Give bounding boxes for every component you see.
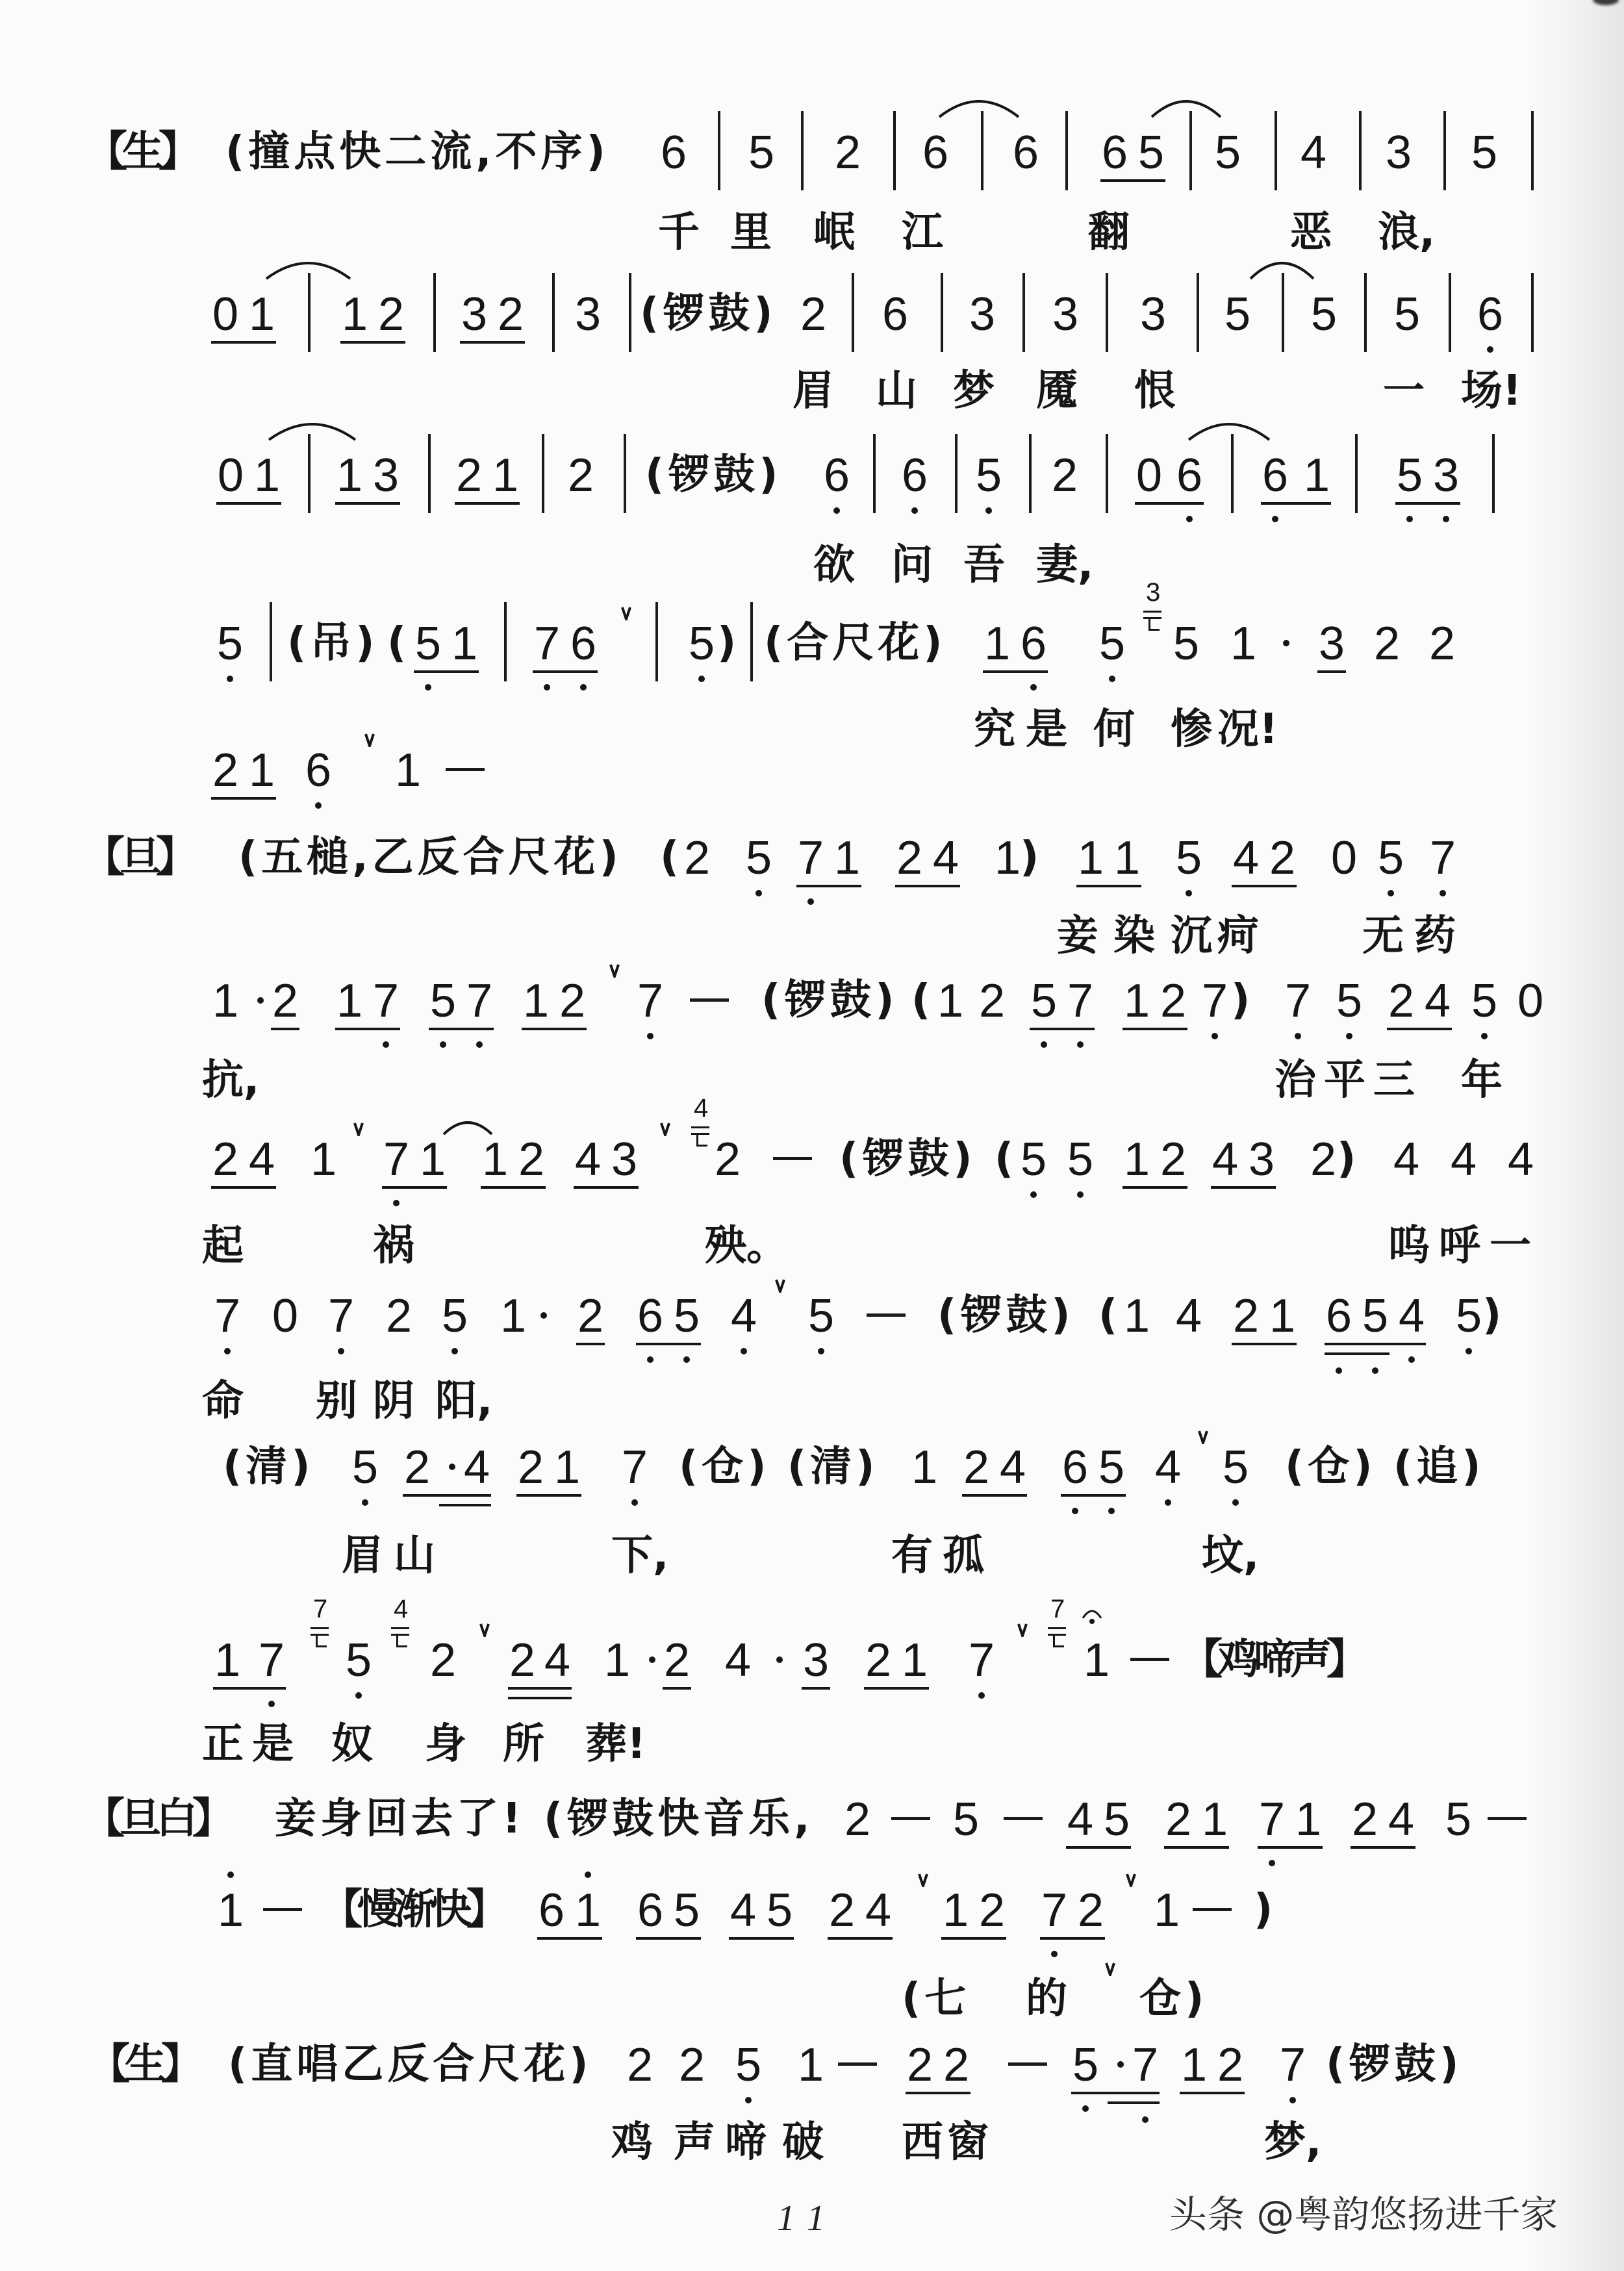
note-digit: 6	[1021, 620, 1047, 667]
note-digit: 1	[249, 747, 275, 794]
note-digit: 2	[1078, 1887, 1104, 1934]
note-digit: 3	[1249, 1136, 1275, 1183]
note-digit: 5	[1067, 1136, 1093, 1183]
lyric-text: 阳,	[435, 1377, 492, 1425]
grace-line-upper	[311, 1627, 329, 1629]
low-octave-dot	[1372, 1367, 1378, 1374]
low-octave-dot	[818, 1348, 824, 1354]
note-digit: 2	[1233, 1293, 1259, 1339]
underline	[271, 1028, 299, 1030]
barline	[629, 273, 631, 352]
lyric-text: 有	[891, 1532, 933, 1580]
sustain-dash	[1004, 1817, 1043, 1820]
note-digit: 1	[395, 747, 421, 794]
note-digit: 6	[1262, 452, 1288, 499]
role-marker: 【鸡啼声】	[1181, 1636, 1363, 1684]
lyric-text: 别	[316, 1377, 357, 1425]
lyric-text: 里	[730, 209, 772, 257]
note-digit: 5	[735, 2042, 761, 2088]
note-digit: 5	[1336, 978, 1362, 1024]
lyric-text: 山	[876, 367, 917, 415]
barline	[1449, 273, 1451, 352]
low-octave-dot	[1440, 890, 1446, 896]
barline	[1065, 111, 1068, 190]
note-digit: 2	[829, 1887, 855, 1934]
note-digit: 2	[943, 2042, 969, 2088]
note-digit: 1	[911, 1444, 937, 1491]
lyric-text: 命	[202, 1377, 244, 1425]
lyric-text: 岷	[813, 209, 855, 257]
sustain-dash	[773, 1157, 812, 1160]
lyric-text: 破	[782, 2118, 824, 2166]
barline	[801, 111, 804, 190]
annotation-text: (仓)	[679, 1443, 770, 1491]
slur-arc	[937, 100, 1021, 121]
note-digit: 2	[568, 452, 594, 499]
note-digit: 0	[1517, 978, 1543, 1024]
note-digit: 7	[1285, 978, 1311, 1024]
barline	[552, 273, 555, 352]
underline	[983, 670, 1048, 673]
note-digit: 5	[746, 835, 772, 882]
note-digit: 6	[570, 620, 596, 667]
lyric-text: 浪,	[1378, 209, 1435, 257]
watermark: 头条 @粤韵悠扬进千家	[1169, 2193, 1558, 2236]
underline	[1076, 885, 1141, 887]
breath-mark-icon	[364, 733, 375, 750]
low-octave-dot	[1289, 2097, 1296, 2103]
grace-note: 3	[1142, 579, 1164, 631]
note-digit: 2	[1217, 2042, 1243, 2088]
note-digit: 5	[1224, 291, 1250, 338]
note-digit: 1	[943, 1887, 969, 1934]
annotation-text: )	[1254, 1886, 1276, 1934]
note-digit: 1	[1230, 620, 1256, 667]
note-digit: 0	[1331, 835, 1357, 882]
role-marker: 【生】	[86, 128, 195, 176]
lyric-text: 西	[902, 2118, 943, 2166]
annotation-text: )	[717, 619, 740, 667]
note-digit: 1	[214, 1637, 240, 1684]
note-digit: 5	[1471, 978, 1497, 1024]
barline	[1492, 434, 1495, 513]
low-octave-dot	[393, 1200, 400, 1206]
lyric-text: 所	[503, 1720, 544, 1768]
grace-hook	[316, 1635, 327, 1647]
underline	[796, 885, 861, 887]
note-digit: 3	[575, 291, 601, 338]
note-digit: 5	[1397, 452, 1423, 499]
note-digit: 2	[979, 978, 1005, 1024]
note-digit: 2	[1310, 1136, 1336, 1183]
low-octave-dot	[741, 1348, 747, 1354]
lyric-text: 况!	[1217, 705, 1278, 754]
note-digit: 1	[336, 978, 362, 1024]
annotation-text: (七	[902, 1975, 970, 2023]
sustain-dash	[1130, 1658, 1169, 1661]
low-octave-dot	[683, 1356, 690, 1363]
note-digit: 5	[1471, 129, 1497, 176]
note-digit: 1	[254, 452, 280, 499]
note-digit: 2	[386, 1293, 412, 1339]
note-digit: 5	[1173, 620, 1199, 667]
note-digit: 2	[627, 2042, 653, 2088]
note-digit: 5	[1456, 1293, 1482, 1339]
low-octave-dot	[1388, 890, 1394, 896]
note-digit: 5	[430, 978, 456, 1024]
lyric-text: 阴	[373, 1377, 414, 1425]
note-digit: 0	[218, 452, 244, 499]
note-digit: 1	[1124, 1293, 1150, 1339]
note-digit: 2	[844, 1796, 870, 1843]
augmentation-dot	[649, 1656, 655, 1663]
note-digit: 2	[498, 291, 524, 338]
note-digit: 2	[577, 1293, 603, 1339]
underline	[1211, 1186, 1276, 1189]
note-digit: 6	[1477, 291, 1503, 338]
note-digit: 1	[1295, 1796, 1321, 1843]
low-octave-dot	[985, 507, 992, 514]
note-digit: 6	[882, 291, 908, 338]
note-digit: 2	[456, 452, 482, 499]
note-digit: 1	[336, 452, 362, 499]
low-octave-dot	[1030, 1191, 1037, 1198]
grace-digit: 4	[694, 1095, 708, 1121]
underline	[382, 1186, 447, 1189]
barline	[1029, 434, 1032, 513]
underline	[1317, 670, 1346, 673]
note-digit: 7	[373, 978, 399, 1024]
underline	[414, 670, 479, 673]
note-digit: 2	[896, 835, 922, 882]
underline	[1030, 1028, 1095, 1030]
note-digit: 5	[1394, 291, 1420, 338]
grace-note: 4	[690, 1095, 712, 1147]
lyric-text: 下,	[611, 1532, 668, 1580]
note-digit: 3	[803, 1637, 829, 1684]
lyric-text: 场!	[1461, 367, 1521, 415]
note-digit: 6	[637, 1293, 663, 1339]
augmentation-dot	[776, 1656, 783, 1663]
underline	[216, 502, 281, 505]
note-digit: 5	[674, 1887, 700, 1934]
low-octave-dot	[1212, 1033, 1218, 1039]
note-digit: 7	[328, 1293, 354, 1339]
note-digit: 1	[1124, 1136, 1150, 1183]
note-digit: 5	[976, 452, 1002, 499]
note-digit: 2	[800, 291, 826, 338]
underline	[895, 885, 960, 887]
barline	[1364, 273, 1367, 352]
note-digit: 4	[464, 1444, 490, 1491]
note-digit: 2	[835, 129, 861, 176]
low-octave-dot	[1295, 1033, 1301, 1039]
note-digit: 5	[1138, 129, 1164, 176]
note-digit: 5	[1031, 978, 1057, 1024]
low-octave-dot	[911, 507, 918, 514]
note-digit: 2	[1374, 620, 1400, 667]
second-underline	[1325, 1352, 1389, 1355]
grace-line-upper	[691, 1126, 709, 1128]
barline	[1275, 111, 1277, 190]
grace-digit: 7	[1050, 1596, 1065, 1622]
note-digit: 5	[1099, 620, 1125, 667]
barline	[428, 434, 431, 513]
underline	[574, 1186, 639, 1189]
note-digit: 3	[1052, 291, 1078, 338]
note-digit: 1	[311, 1136, 336, 1183]
note-digit: 3	[373, 452, 399, 499]
note-digit: 1	[523, 978, 549, 1024]
low-octave-dot	[833, 507, 840, 514]
barline	[852, 273, 854, 352]
note-digit: 5	[1362, 1293, 1388, 1339]
underline	[1325, 1343, 1426, 1345]
note-digit: 1	[1114, 835, 1140, 882]
annotation-text: )	[1482, 1291, 1505, 1339]
low-octave-dot	[1051, 1951, 1058, 1957]
note-digit: 3	[611, 1136, 637, 1183]
note-digit: 1	[1269, 1293, 1295, 1339]
low-octave-dot	[1336, 1367, 1342, 1374]
note-digit: 4	[1176, 1293, 1202, 1339]
note-digit: 7	[622, 1444, 648, 1491]
annotation-text: (	[387, 619, 410, 667]
low-octave-dot	[355, 1692, 362, 1699]
note-digit: 1	[1181, 2042, 1207, 2088]
note-digit: 2	[1160, 978, 1186, 1024]
underline	[828, 1937, 893, 1940]
underline	[1066, 1846, 1131, 1849]
lyric-text: 一	[1383, 367, 1425, 415]
note-digit: 2	[979, 1887, 1005, 1934]
sustain-dash	[690, 998, 729, 1002]
lyric-text: 治	[1275, 1056, 1316, 1104]
low-octave-dot	[1082, 2105, 1089, 2112]
low-octave-dot	[1465, 1348, 1472, 1354]
barline	[270, 602, 272, 681]
note-digit: 5	[1378, 835, 1404, 882]
sustain-dash	[1488, 1817, 1527, 1820]
sustain-dash	[867, 1313, 906, 1317]
note-digit: 1	[1084, 1637, 1110, 1684]
note-digit: 1	[798, 2042, 824, 2088]
low-octave-dot	[1072, 1508, 1078, 1514]
underline	[1123, 1186, 1187, 1189]
annotation-text: (直唱乙反合尺花)	[228, 2040, 592, 2088]
note-digit: 7	[1202, 978, 1228, 1024]
underline	[508, 1687, 572, 1690]
lyric-text: 鸡	[611, 2118, 653, 2166]
breath-mark-icon	[1197, 1430, 1209, 1447]
low-octave-dot	[1108, 1508, 1115, 1514]
note-digit: 7	[214, 1293, 240, 1339]
breath-mark-icon	[479, 1623, 490, 1640]
note-digit: 1	[249, 291, 275, 338]
grace-digit: 7	[313, 1596, 327, 1622]
underline	[1351, 1846, 1415, 1849]
note-digit: 5	[1104, 1796, 1130, 1843]
underline	[1258, 1846, 1323, 1849]
annotation-text: (清)	[223, 1443, 314, 1491]
role-marker: 【旦白】	[83, 1795, 229, 1843]
barline	[1443, 111, 1446, 190]
note-digit: 5	[1311, 291, 1337, 338]
breath-mark-icon	[1125, 1873, 1137, 1890]
note-digit: 0	[272, 1293, 298, 1339]
note-digit: 6	[1102, 129, 1128, 176]
annotation-text: (五槌,乙反合尺花)	[238, 833, 622, 882]
underline	[1123, 1028, 1187, 1030]
underline	[403, 1494, 491, 1497]
second-underline	[1108, 2101, 1160, 2104]
barline	[1106, 434, 1108, 513]
low-octave-dot	[1443, 516, 1449, 522]
lyric-text: 无	[1362, 912, 1404, 960]
note-digit: 3	[461, 291, 487, 338]
lyric-text: 问	[891, 541, 933, 589]
underline	[537, 1937, 602, 1940]
role-marker: 【生】	[88, 2040, 197, 2088]
annotation-text: (清)	[787, 1443, 879, 1491]
note-digit: 1	[604, 1637, 630, 1684]
slur-arc	[1150, 100, 1223, 121]
annotation-text: (锣鼓)	[761, 976, 898, 1024]
note-digit: 5	[1445, 1796, 1471, 1843]
note-digit: 6	[539, 1887, 565, 1934]
low-octave-dot	[451, 1348, 458, 1354]
lyric-text: 恶	[1290, 209, 1332, 257]
breath-mark-icon	[609, 963, 620, 980]
underline	[460, 341, 525, 344]
augmentation-dot	[257, 997, 264, 1004]
note-digit: 4	[1000, 1444, 1026, 1491]
barline	[433, 273, 436, 352]
note-digit: 4	[1067, 1796, 1093, 1843]
note-digit: 5	[748, 129, 774, 176]
note-digit: 7	[259, 1637, 285, 1684]
note-digit: 3	[1319, 620, 1345, 667]
barline	[893, 111, 896, 190]
note-digit: 5	[1176, 835, 1202, 882]
lyric-text: 眉	[342, 1532, 383, 1580]
note-digit: 6	[637, 1887, 663, 1934]
low-octave-dot	[1165, 1499, 1171, 1506]
note-digit: 1	[995, 835, 1021, 882]
annotation-text: (锣鼓)	[640, 290, 777, 338]
barline	[1531, 273, 1534, 352]
note-digit: 2	[272, 978, 298, 1024]
lyric-text: 疴	[1217, 912, 1259, 960]
note-digit: 0	[1136, 452, 1162, 499]
underline	[481, 1186, 546, 1189]
barline	[873, 434, 876, 513]
underline	[429, 1028, 494, 1030]
note-digit: 4	[1393, 1136, 1419, 1183]
lyric-text: 吾	[963, 541, 1005, 589]
annotation-text: (仓)	[1285, 1443, 1377, 1491]
note-digit: 2	[518, 1136, 544, 1183]
note-digit: 2	[664, 1637, 690, 1684]
lyric-text: 惨	[1171, 705, 1212, 754]
breath-mark-icon	[620, 606, 632, 623]
role-marker: 【慢渐快】	[321, 1886, 503, 1934]
note-digit: 0	[212, 291, 238, 338]
lyric-text: 药	[1414, 912, 1456, 960]
low-octave-dot	[1487, 346, 1493, 353]
note-digit: 7	[1132, 2042, 1158, 2088]
barline	[718, 111, 720, 190]
grace-hook	[396, 1635, 407, 1647]
lyric-text: 抗,	[202, 1056, 259, 1104]
note-digit: 6	[1013, 129, 1039, 176]
underline	[335, 502, 400, 505]
note-digit: 3	[969, 291, 995, 338]
note-digit: 1	[1078, 835, 1104, 882]
note-digit: 4	[730, 1887, 756, 1934]
lyric-text: 起	[202, 1222, 244, 1270]
lyric-text: 一	[1490, 1222, 1531, 1270]
note-digit: 4	[1300, 129, 1326, 176]
underline	[211, 1186, 276, 1189]
low-octave-dot	[807, 898, 814, 905]
annotation-text: (撞点快二流,不序)	[225, 128, 609, 176]
underline	[1061, 1494, 1126, 1497]
note-digit: 6	[1062, 1444, 1088, 1491]
barline	[1282, 273, 1284, 352]
lyric-text: 翻	[1088, 209, 1130, 257]
note-digit: 1	[342, 291, 368, 338]
barline	[941, 273, 943, 352]
lyric-text: 年	[1461, 1056, 1503, 1104]
note-digit: 2	[684, 835, 710, 882]
underline	[941, 1937, 1006, 1940]
underline	[335, 1028, 400, 1030]
low-octave-dot	[1142, 2116, 1148, 2123]
barline	[655, 602, 658, 681]
low-octave-dot	[338, 1348, 344, 1354]
barline	[1022, 273, 1025, 352]
note-digit: 4	[1388, 1796, 1414, 1843]
underline	[533, 670, 598, 673]
grace-digit: 4	[394, 1596, 408, 1622]
underline	[1135, 502, 1204, 505]
grace-line-upper	[1048, 1627, 1066, 1629]
scan-edge-shadow	[1527, 0, 1624, 2271]
lyric-text: 妻,	[1036, 541, 1093, 589]
role-marker: 【旦】	[83, 833, 192, 882]
underline	[1261, 502, 1331, 505]
low-octave-dot	[647, 1356, 653, 1363]
underline	[1180, 2092, 1245, 2094]
annotation-text: (	[660, 833, 683, 882]
note-digit: 4	[1212, 1136, 1238, 1183]
lyric-text: 呜	[1388, 1222, 1430, 1270]
note-digit: 7	[534, 620, 560, 667]
underline	[455, 502, 520, 505]
low-octave-dot	[1481, 1033, 1488, 1039]
underline	[211, 341, 276, 344]
note-digit: 1	[834, 835, 860, 882]
note-digit: 2	[1388, 978, 1414, 1024]
note-digit: 2	[715, 1136, 741, 1183]
barline	[1106, 273, 1108, 352]
note-digit: 6	[902, 452, 928, 499]
note-digit: 2	[212, 1136, 238, 1183]
note-digit: 5	[674, 1293, 700, 1339]
lyric-text: 千	[658, 209, 700, 257]
note-digit: 2	[865, 1637, 891, 1684]
